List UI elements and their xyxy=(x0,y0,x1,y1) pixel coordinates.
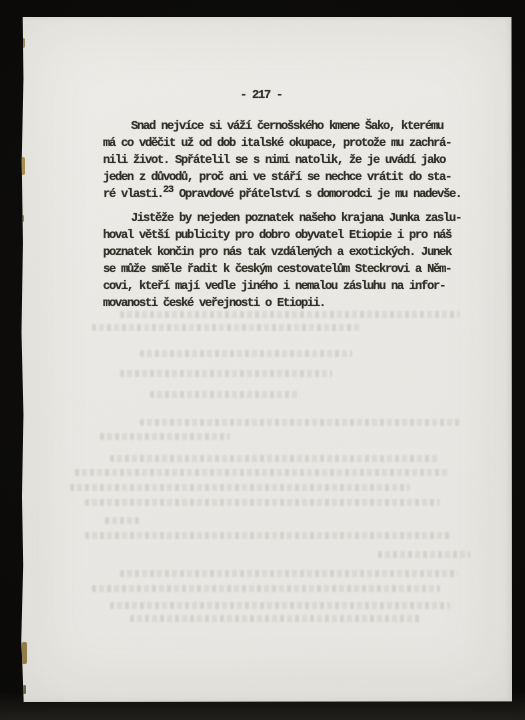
text-line: nili život. Spřátelil se s nimi natolik,… xyxy=(103,152,483,169)
ghost-text-line xyxy=(110,602,450,609)
ghost-text-line xyxy=(110,455,440,462)
paper-speck xyxy=(23,685,26,694)
paper-speck xyxy=(21,157,25,175)
text-segment: Opravdové přátelství s domorodci je mu n… xyxy=(173,187,461,201)
paper-speck xyxy=(21,215,24,222)
text-line: movanosti české veřejnosti o Etiopii. xyxy=(103,295,483,312)
ghost-text-line xyxy=(92,585,440,592)
text-line: Jistěže by nejeden poznatek našeho kraja… xyxy=(103,210,483,227)
ghost-text-line xyxy=(130,615,420,622)
ghost-text-line xyxy=(150,391,300,398)
footnote-reference: 23 xyxy=(163,185,173,196)
ghost-text-line xyxy=(100,433,230,440)
ghost-text-line xyxy=(70,484,410,491)
ghost-text-line xyxy=(85,532,450,539)
text-line: covi, kteří mají vedle jiného i nemalou … xyxy=(103,278,483,295)
ghost-text-line xyxy=(92,324,360,331)
text-line: Snad nejvíce si váží černošského kmene Š… xyxy=(103,118,483,135)
photographed-book-page: { "document": { "page_number": "- 217 -"… xyxy=(0,0,525,720)
paper-speck xyxy=(22,642,27,664)
ghost-text-line xyxy=(85,499,440,506)
scanned-page: - 217 - Snad nejvíce si váží černošského… xyxy=(21,17,512,702)
page-number: - 217 - xyxy=(240,87,483,104)
ghost-text-line xyxy=(378,551,470,558)
paragraph: Snad nejvíce si váží černošského kmene Š… xyxy=(103,118,483,203)
ghost-text-line xyxy=(120,370,332,377)
text-line: poznatek končin pro nás tak vzdálených a… xyxy=(103,244,483,261)
paper-speck xyxy=(21,38,25,48)
text-line: hoval větší publicity pro dobro obyvatel… xyxy=(103,227,483,244)
typewritten-text: - 217 - Snad nejvíce si váží černošského… xyxy=(103,87,483,312)
text-segment: ré vlasti. xyxy=(103,187,163,201)
text-line: se může směle řadit k českým cestovatelů… xyxy=(103,261,483,278)
ghost-text-line xyxy=(75,469,450,476)
ghost-text-line xyxy=(140,350,352,357)
text-line: ré vlasti.23 Opravdové přátelství s domo… xyxy=(103,186,483,203)
ghost-text-line xyxy=(140,419,460,426)
paragraph: Jistěže by nejeden poznatek našeho kraja… xyxy=(103,210,483,312)
text-line: má co vděčit už od dob italské okupace, … xyxy=(103,135,483,152)
ghost-text-line xyxy=(120,570,458,577)
text-line: jeden z důvodů, proč ani ve stáří se nec… xyxy=(103,169,483,186)
ghost-text-line xyxy=(105,517,139,524)
ghost-text-line xyxy=(120,311,460,318)
